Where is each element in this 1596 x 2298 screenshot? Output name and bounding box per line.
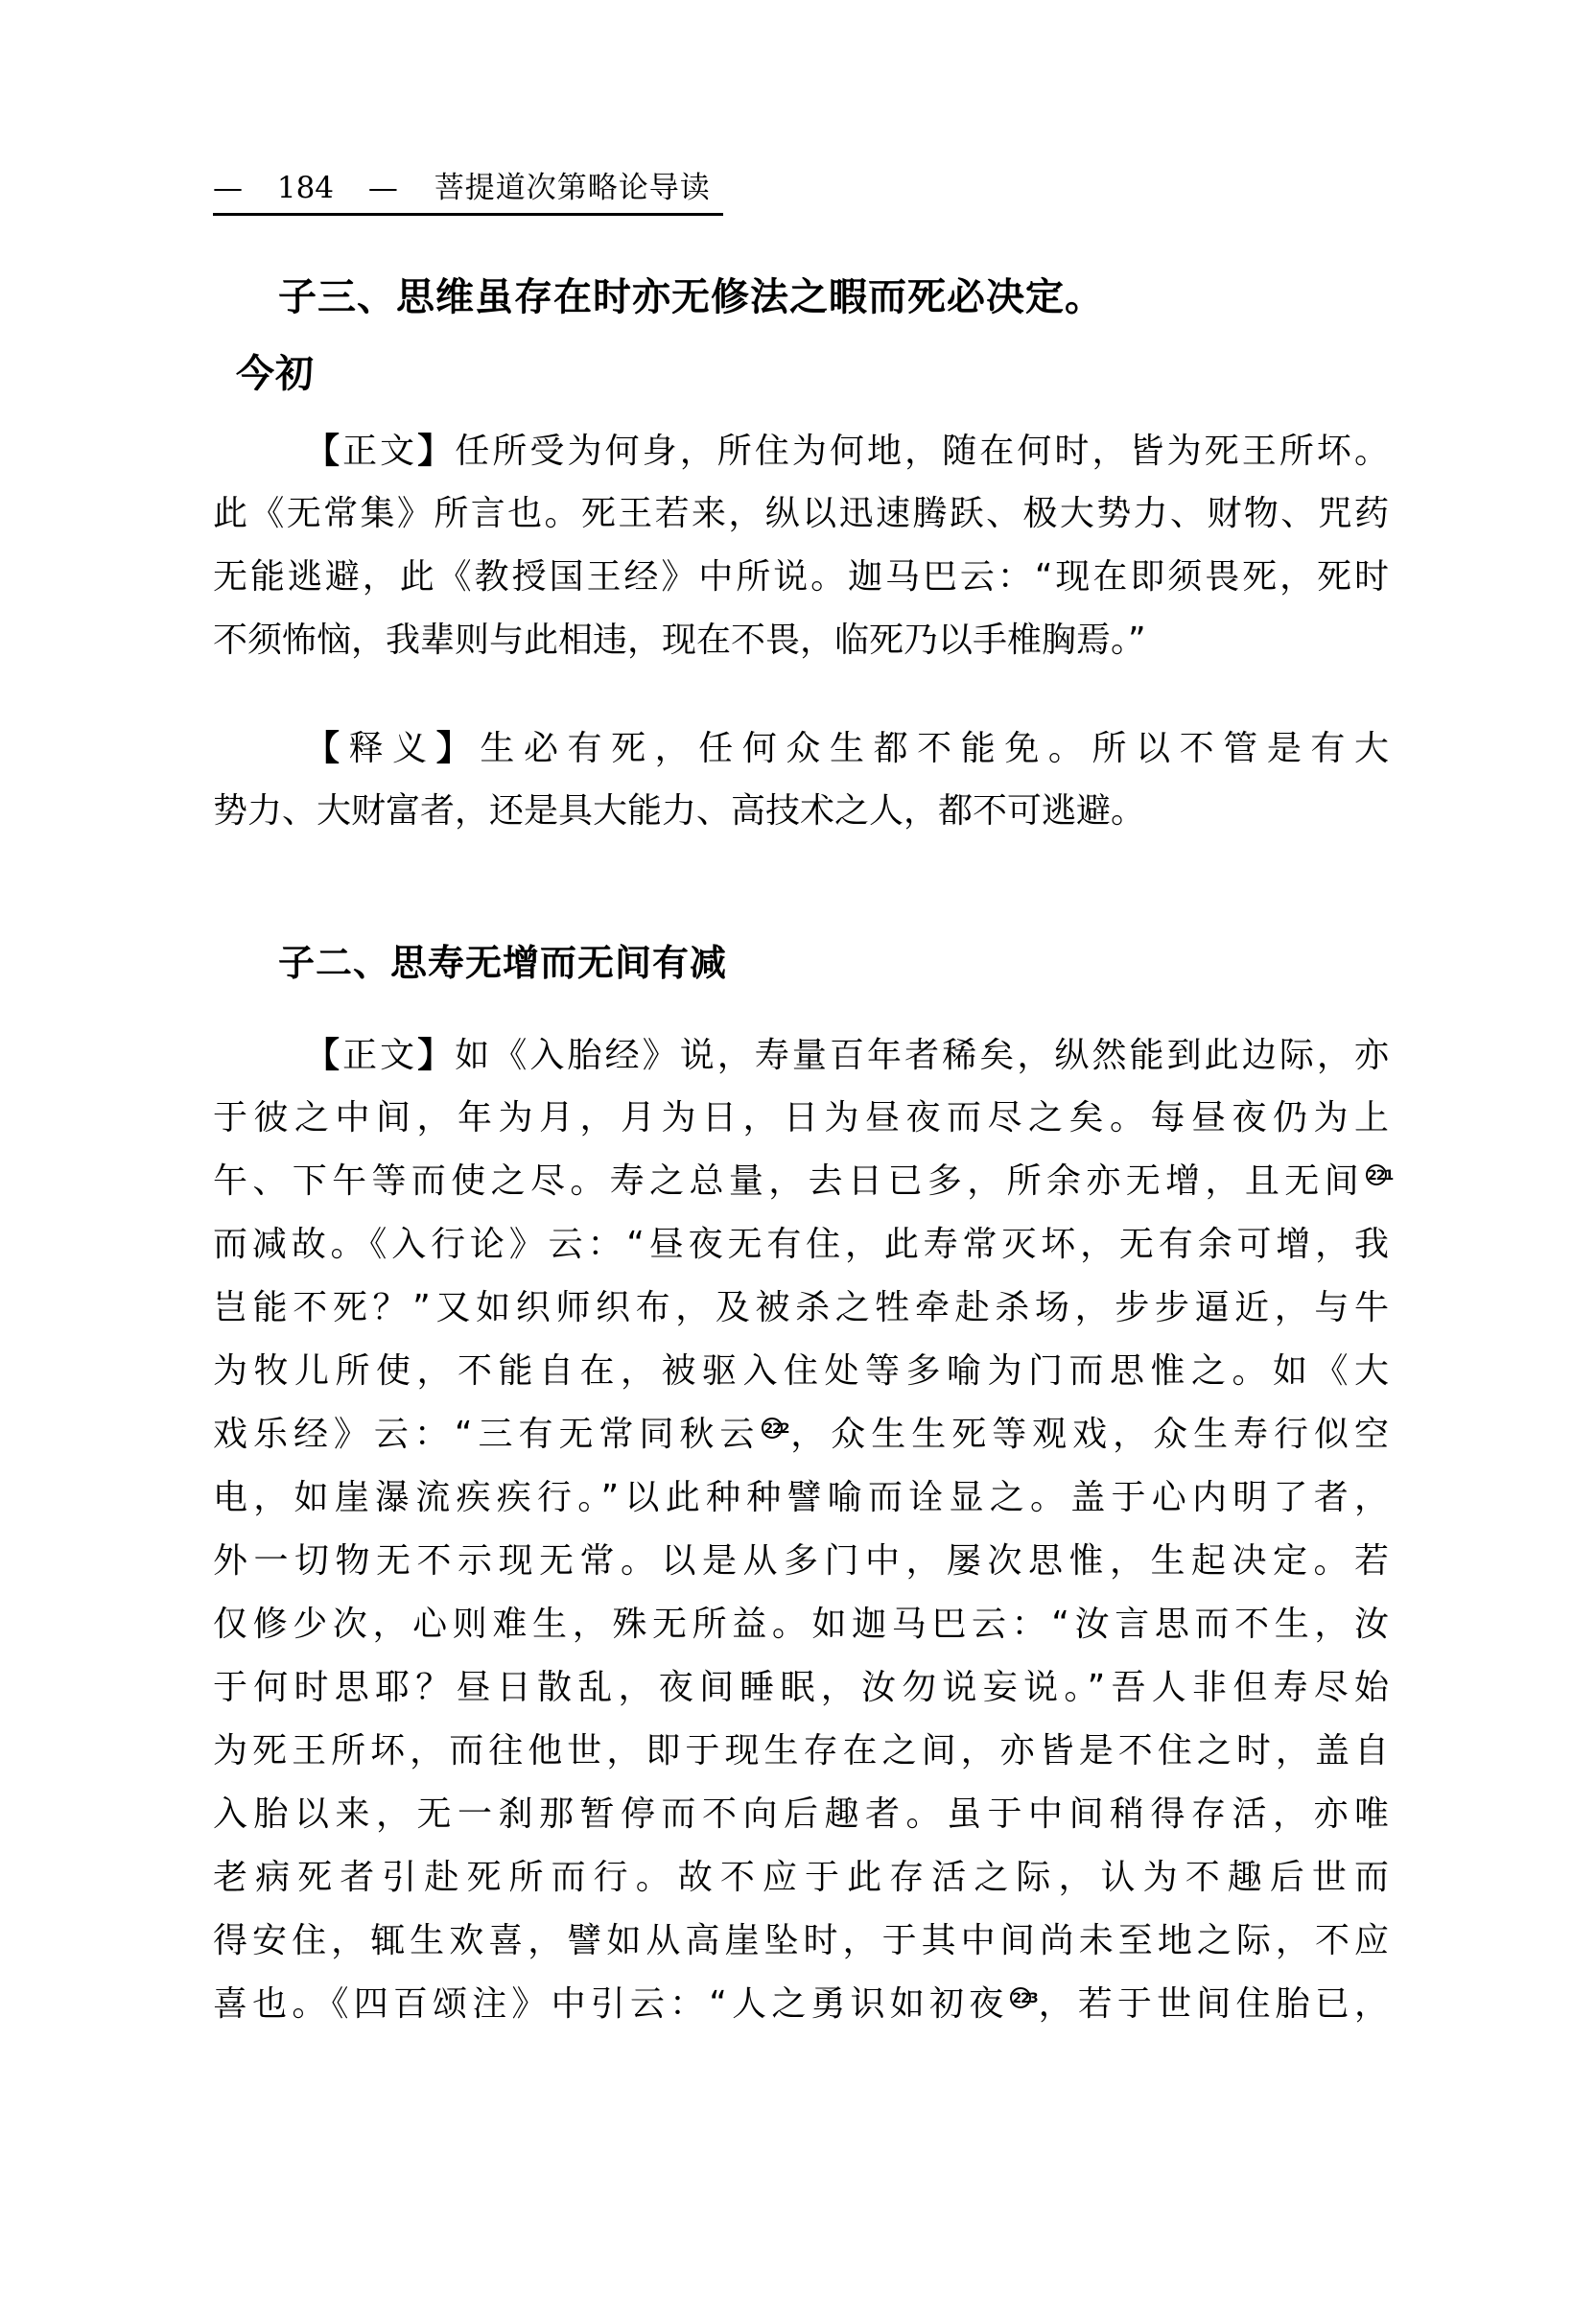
- label-zhengwen: 【正文】: [305, 1036, 455, 1075]
- text-line: 【正文】任所受为何身，所住为何地，随在何时，皆为死王所坏。: [213, 428, 1389, 491]
- text-line: 于彼之中间，年为月，月为日，日为昼夜而尽之矣。每昼夜仍为上: [213, 1095, 1389, 1159]
- text-line: 喜也。《四百颂注》中引云：“人之勇识如初夜223，若于世间住胎已，: [213, 1981, 1389, 2045]
- text-line: 仅修少次，心则难生，殊无所益。如迦马巴云：“汝言思而不生，汝: [213, 1602, 1389, 1665]
- paragraph-shiyi-1: 【释义】生必有死，任何众生都不能免。所以不管是有大 势力、大财富者，还是具大能力…: [213, 725, 1389, 852]
- text-line: 【正文】如《入胎经》说，寿量百年者稀矣，纵然能到此边际，亦: [213, 1032, 1389, 1095]
- text-line: 此《无常集》所言也。死王若来，纵以迅速腾跃、极大势力、财物、咒药: [213, 491, 1389, 554]
- text-line: 得安住，辄生欢喜，譬如从高崖坠时，于其中间尚未至地之际，不应: [213, 1918, 1389, 1981]
- text-line: 老病死者引赴死所而行。故不应于此存活之际，认为不趣后世而: [213, 1855, 1389, 1918]
- paragraph-zhengwen-1: 【正文】任所受为何身，所住为何地，随在何时，皆为死王所坏。 此《无常集》所言也。…: [213, 428, 1389, 681]
- paragraph-zhengwen-2: 【正文】如《入胎经》说，寿量百年者稀矣，纵然能到此边际，亦 于彼之中间，年为月，…: [213, 1032, 1389, 2045]
- text-line: 为牧儿所使，不能自在，被驱入住处等多喻为门而思惟之。如《大: [213, 1348, 1389, 1412]
- text-line: 入胎以来，无一刹那暂停而不向后趣者。虽于中间稍得存活，亦唯: [213, 1792, 1389, 1855]
- text-line: 于何时思耶？昼日散乱，夜间睡眠，汝勿说妄说。”吾人非但寿尽始: [213, 1665, 1389, 1728]
- footnote-marker-222: 222: [762, 1418, 783, 1439]
- page-number: 184: [277, 169, 334, 207]
- text-line: 【释义】生必有死，任何众生都不能免。所以不管是有大: [213, 725, 1389, 788]
- header-dash-left: —: [213, 169, 243, 207]
- book-title: 菩提道次第略论导读: [434, 169, 711, 207]
- label-shiyi: 【释义】: [305, 729, 480, 768]
- section-subheading-jin-chu: 今初: [236, 351, 315, 397]
- footnote-marker-223: 223: [1010, 1987, 1031, 2008]
- text-line: 岂能不死？”又如织师织布，及被杀之牲牵赴杀场，步步逼近，与牛: [213, 1285, 1389, 1348]
- text-line: 午、下午等而使之尽。寿之总量，去日已多，所余亦无增，且无间221: [213, 1159, 1389, 1222]
- text-line: 为死王所坏，而往他世，即于现生存在之间，亦皆是不住之时，盖自: [213, 1728, 1389, 1792]
- text-line: 不须怖恼，我辈则与此相违，现在不畏，临死乃以手椎胸焉。”: [213, 618, 1389, 681]
- running-header: — 184 — 菩提道次第略论导读: [213, 169, 723, 216]
- text-line: 戏乐经》云：“三有无常同秋云222，众生生死等观戏，众生寿行似空: [213, 1412, 1389, 1475]
- section-heading-zi-er: 子二、思寿无增而无间有减: [278, 940, 727, 986]
- section-heading-zi-san: 子三、思维虽存在时亦无修法之暇而死必决定。: [278, 274, 1104, 320]
- text-line: 外一切物无不示现无常。以是从多门中，屡次思惟，生起决定。若: [213, 1538, 1389, 1602]
- text-line: 势力、大财富者，还是具大能力、高技术之人，都不可逃避。: [213, 788, 1389, 852]
- text-line: 无能逃避，此《教授国王经》中所说。迦马巴云：“现在即须畏死，死时: [213, 554, 1389, 618]
- footnote-marker-221: 221: [1366, 1164, 1387, 1185]
- text-line: 而减故。《入行论》云：“昼夜无有住，此寿常灭坏，无有余可增，我: [213, 1222, 1389, 1285]
- header-dash-right: —: [368, 169, 398, 207]
- text-line: 电，如崖瀑流疾疾行。”以此种种譬喻而诠显之。盖于心内明了者，: [213, 1475, 1389, 1538]
- label-zhengwen: 【正文】: [305, 432, 455, 471]
